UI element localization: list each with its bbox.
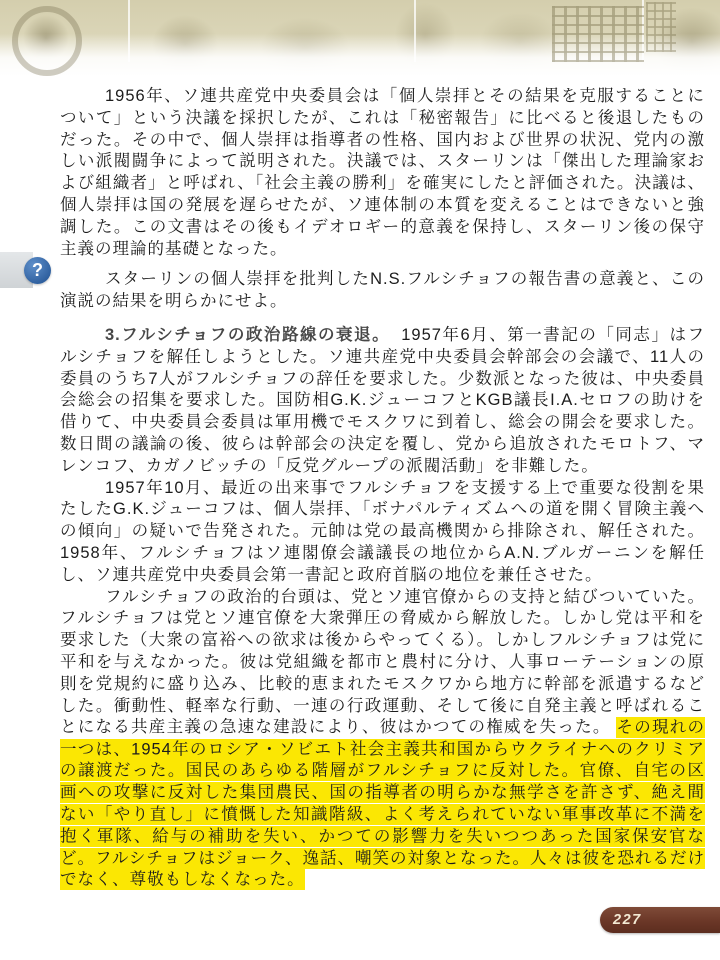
- paragraph-1957-october: 1957年10月、最近の出来事でフルシチョフを支援する上で重要な役割を果たしたG…: [60, 478, 705, 587]
- section3-body-text: 1957年6月、第一書記の「同志」はフルシチョフを解任しようとした。ソ連共産党中…: [60, 326, 705, 475]
- question-icon-glyph: ?: [32, 260, 43, 281]
- page-number-bar: 227: [600, 907, 720, 933]
- paragraph-text: フルシチョフの政治的台頭は、党とソ連官僚からの支持と結びついていた。フルシチョフ…: [60, 588, 705, 737]
- question-icon: ?: [24, 257, 51, 284]
- section3-heading: 3.フルシチョフの政治路線の衰退。: [105, 326, 390, 344]
- paragraph-text: 1957年10月、最近の出来事でフルシチョフを支援する上で重要な役割を果たしたG…: [60, 479, 705, 584]
- page-number: 227: [613, 912, 642, 928]
- collage-separator: [128, 0, 130, 62]
- body-text-column: 1956年、ソ連共産党中央委員会は「個人崇拝とその結果を克服することについて」と…: [60, 86, 705, 892]
- textbook-page: ? 1956年、ソ連共産党中央委員会は「個人崇拝とその結果を克服することについて…: [0, 0, 720, 960]
- paragraph-political-rise: フルシチョフの政治的台頭は、党とソ連官僚からの支持と結びついていた。フルシチョフ…: [60, 587, 705, 892]
- paragraph-section3: 3.フルシチョフの政治路線の衰退。 1957年6月、第一書記の「同志」はフルシチ…: [60, 325, 705, 478]
- paragraph-text: 1956年、ソ連共産党中央委員会は「個人崇拝とその結果を克服することについて」と…: [60, 87, 705, 258]
- paragraph-question: スターリンの個人崇拝を批判したN.S.フルシチョフの報告書の意義と、この演説の結…: [60, 269, 705, 313]
- header-collage-image: [0, 0, 720, 80]
- building-windows-shape: [646, 2, 676, 52]
- cosmonaut-helmet-shape: [12, 6, 82, 76]
- paragraph-1956-resolution: 1956年、ソ連共産党中央委員会は「個人崇拝とその結果を克服することについて」と…: [60, 86, 705, 260]
- building-windows-shape: [552, 6, 644, 62]
- collage-separator: [414, 0, 416, 62]
- highlighted-text: その現れの一つは、1954年のロシア・ソビエト社会主義共和国からウクライナへのク…: [60, 717, 705, 891]
- question-text: スターリンの個人崇拝を批判したN.S.フルシチョフの報告書の意義と、この演説の結…: [60, 270, 705, 310]
